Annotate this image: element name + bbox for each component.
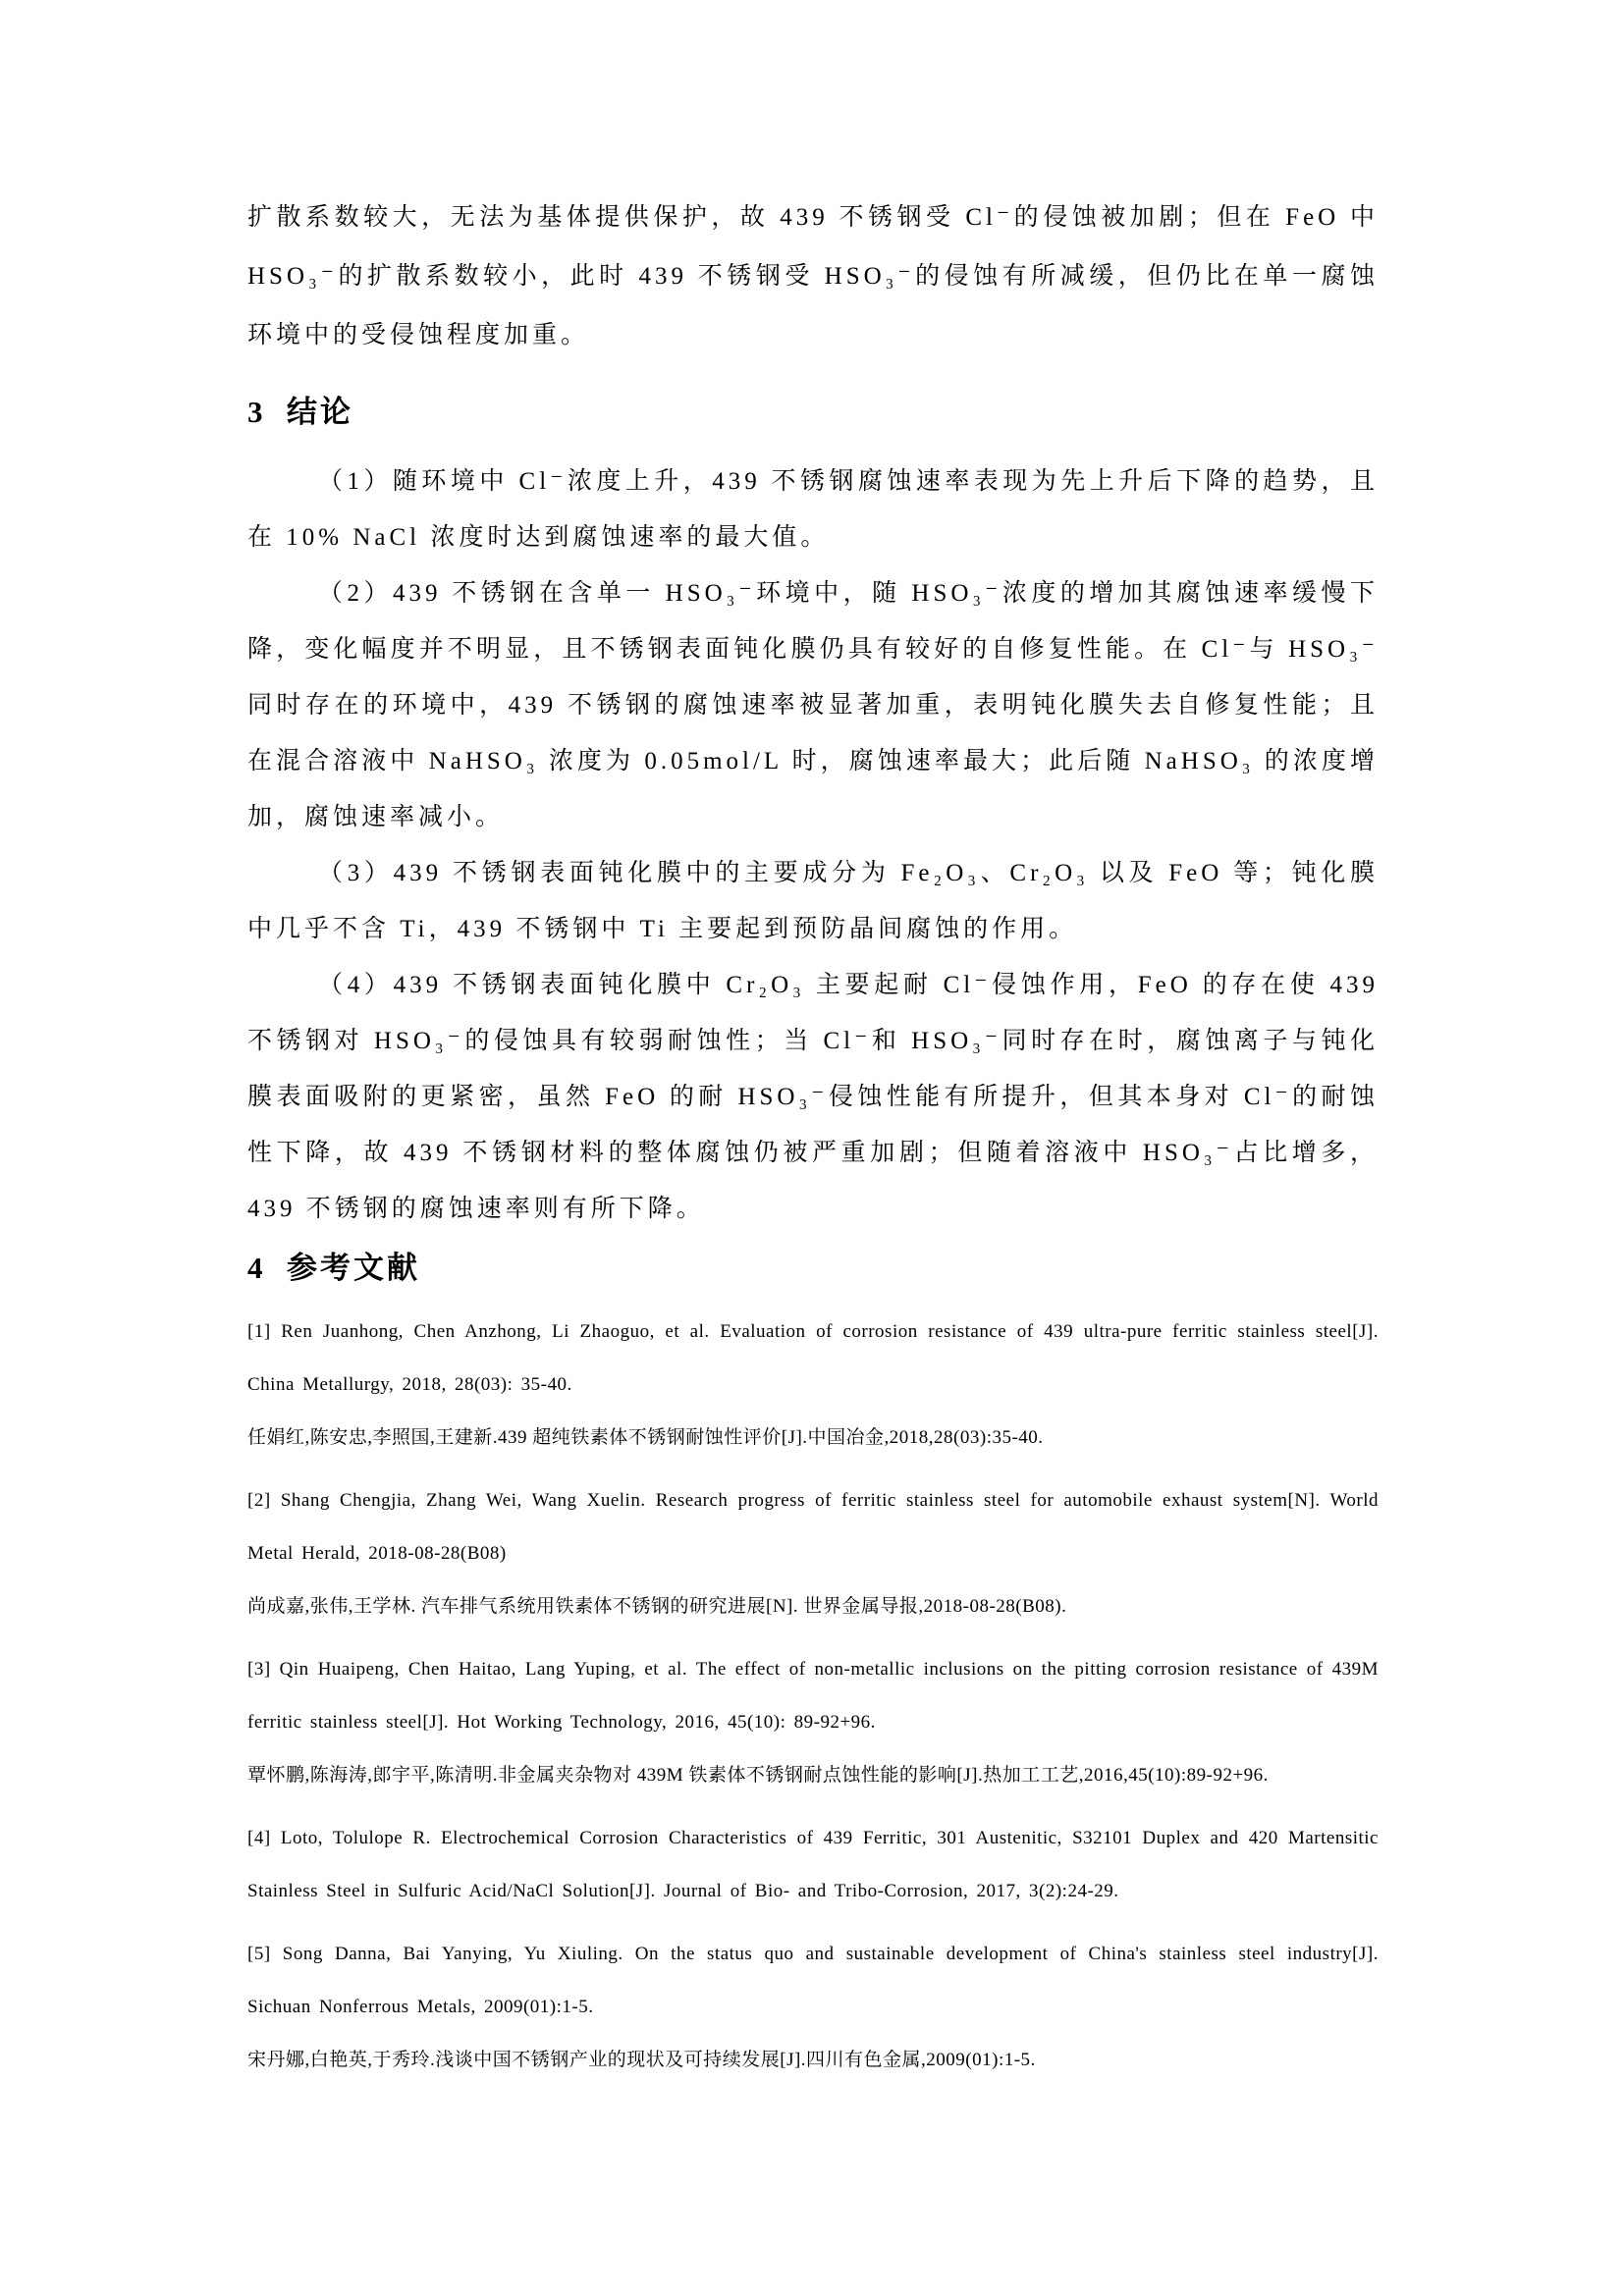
conclusion-item-1: （1）随环境中 Cl⁻浓度上升，439 不锈钢腐蚀速率表现为先上升后下降的趋势，… bbox=[247, 454, 1379, 565]
reference-item-2: [2] Shang Chengjia, Zhang Wei, Wang Xuel… bbox=[247, 1474, 1379, 1633]
conclusion-item-4: （4）439 不锈钢表面钝化膜中 Cr₂O₃ 主要起耐 Cl⁻侵蚀作用，FeO … bbox=[247, 957, 1379, 1237]
section-heading-conclusion: 3 结论 bbox=[247, 393, 1379, 432]
reference-text-en: [4] Loto, Tolulope R. Electrochemical Co… bbox=[247, 1812, 1379, 1918]
document-page: 扩散系数较大，无法为基体提供保护，故 439 不锈钢受 Cl⁻的侵蚀被加剧；但在… bbox=[0, 0, 1624, 2296]
reference-item-4: [4] Loto, Tolulope R. Electrochemical Co… bbox=[247, 1812, 1379, 1918]
conclusion-item-3: （3）439 不锈钢表面钝化膜中的主要成分为 Fe₂O₃、Cr₂O₃ 以及 Fe… bbox=[247, 845, 1379, 957]
reference-text-en: [5] Song Danna, Bai Yanying, Yu Xiuling.… bbox=[247, 1928, 1379, 2034]
reference-item-5: [5] Song Danna, Bai Yanying, Yu Xiuling.… bbox=[247, 1928, 1379, 2087]
continuation-paragraph: 扩散系数较大，无法为基体提供保护，故 439 不锈钢受 Cl⁻的侵蚀被加剧；但在… bbox=[247, 188, 1379, 365]
reference-text-en: [2] Shang Chengjia, Zhang Wei, Wang Xuel… bbox=[247, 1474, 1379, 1580]
section-heading-references: 4 参考文献 bbox=[247, 1249, 1379, 1288]
reference-text-en: [1] Ren Juanhong, Chen Anzhong, Li Zhaog… bbox=[247, 1306, 1379, 1412]
reference-item-1: [1] Ren Juanhong, Chen Anzhong, Li Zhaog… bbox=[247, 1306, 1379, 1465]
conclusion-item-2: （2）439 不锈钢在含单一 HSO₃⁻环境中，随 HSO₃⁻浓度的增加其腐蚀速… bbox=[247, 565, 1379, 845]
reference-item-3: [3] Qin Huaipeng, Chen Haitao, Lang Yupi… bbox=[247, 1643, 1379, 1802]
reference-list: [1] Ren Juanhong, Chen Anzhong, Li Zhaog… bbox=[247, 1306, 1379, 2087]
reference-text-en: [3] Qin Huaipeng, Chen Haitao, Lang Yupi… bbox=[247, 1643, 1379, 1749]
reference-text-zh: 任娟红,陈安忠,李照国,王建新.439 超纯铁素体不锈钢耐蚀性评价[J].中国冶… bbox=[247, 1412, 1379, 1465]
reference-text-zh: 尚成嘉,张伟,王学林. 汽车排气系统用铁素体不锈钢的研究进展[N]. 世界金属导… bbox=[247, 1580, 1379, 1633]
reference-text-zh: 覃怀鹏,陈海涛,郎宇平,陈清明.非金属夹杂物对 439M 铁素体不锈钢耐点蚀性能… bbox=[247, 1749, 1379, 1802]
reference-text-zh: 宋丹娜,白艳英,于秀玲.浅谈中国不锈钢产业的现状及可持续发展[J].四川有色金属… bbox=[247, 2034, 1379, 2087]
